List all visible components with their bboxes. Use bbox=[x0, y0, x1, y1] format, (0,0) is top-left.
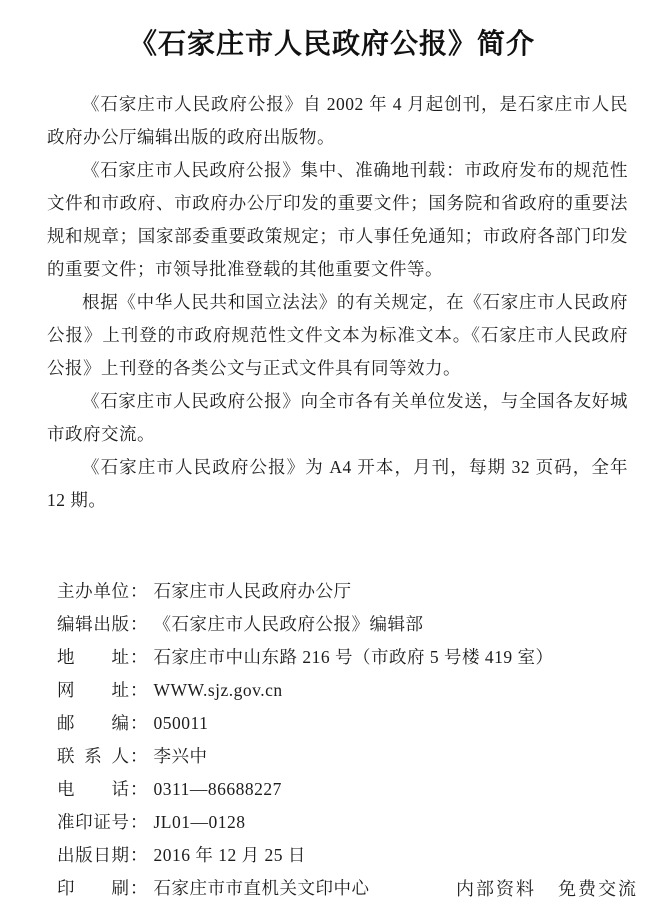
info-value: 2016 年 12 月 25 日 bbox=[154, 839, 306, 872]
info-row-permit-number: 准印证号 ： JL01—0128 bbox=[57, 806, 628, 839]
info-label: 网址 bbox=[57, 674, 129, 707]
paragraph-contents: 《石家庄市人民政府公报》集中、准确地刊载：市政府发布的规范性文件和市政府、市政府… bbox=[47, 154, 628, 286]
info-colon: ： bbox=[130, 806, 148, 839]
paragraph-legal-basis: 根据《中华人民共和国立法法》的有关规定，在《石家庄市人民政府公报》上刊登的市政府… bbox=[47, 286, 628, 385]
info-row-postcode: 邮编 ： 050011 bbox=[57, 707, 628, 740]
gazette-intro-page: 《石家庄市人民政府公报》简介 《石家庄市人民政府公报》自 2002 年 4 月起… bbox=[0, 0, 664, 919]
info-label: 主办单位 bbox=[57, 575, 129, 608]
info-colon: ： bbox=[130, 641, 148, 674]
paragraph-distribution: 《石家庄市人民政府公报》向全市各有关单位发送，与全国各友好城市政府交流。 bbox=[47, 385, 628, 451]
publication-info-list: 主办单位 ： 石家庄市人民政府办公厅 编辑出版 ： 《石家庄市人民政府公报》编辑… bbox=[57, 575, 628, 905]
info-label: 地址 bbox=[57, 641, 129, 674]
info-value: WWW.sjz.gov.cn bbox=[154, 674, 283, 707]
page-title: 《石家庄市人民政府公报》简介 bbox=[0, 0, 664, 62]
info-row-address: 地址 ： 石家庄市中山东路 216 号（市政府 5 号楼 419 室） bbox=[57, 641, 628, 674]
paragraph-format: 《石家庄市人民政府公报》为 A4 开本，月刊，每期 32 页码，全年 12 期。 bbox=[47, 451, 628, 517]
info-colon: ： bbox=[130, 740, 148, 773]
info-label: 邮编 bbox=[57, 707, 129, 740]
info-row-organizer: 主办单位 ： 石家庄市人民政府办公厅 bbox=[57, 575, 628, 608]
info-value: 石家庄市中山东路 216 号（市政府 5 号楼 419 室） bbox=[154, 641, 554, 674]
footer-internal-material: 内部资料 bbox=[456, 879, 536, 899]
info-label: 电话 bbox=[57, 773, 129, 806]
info-row-editor-publisher: 编辑出版 ： 《石家庄市人民政府公报》编辑部 bbox=[57, 608, 628, 641]
info-row-publish-date: 出版日期 ： 2016 年 12 月 25 日 bbox=[57, 839, 628, 872]
info-label: 联系人 bbox=[57, 740, 129, 773]
info-label: 准印证号 bbox=[57, 806, 129, 839]
info-colon: ： bbox=[130, 575, 148, 608]
info-value: JL01—0128 bbox=[154, 806, 246, 839]
info-row-telephone: 电话 ： 0311—86688227 bbox=[57, 773, 628, 806]
info-value: 0311—86688227 bbox=[154, 773, 282, 806]
info-label: 出版日期 bbox=[57, 839, 129, 872]
info-colon: ： bbox=[130, 872, 148, 905]
info-colon: ： bbox=[130, 773, 148, 806]
paragraph-founding: 《石家庄市人民政府公报》自 2002 年 4 月起创刊，是石家庄市人民政府办公厅… bbox=[47, 88, 628, 154]
info-colon: ： bbox=[130, 674, 148, 707]
info-label: 编辑出版 bbox=[57, 608, 129, 641]
info-value: 李兴中 bbox=[154, 740, 208, 773]
intro-body: 《石家庄市人民政府公报》自 2002 年 4 月起创刊，是石家庄市人民政府办公厅… bbox=[47, 88, 628, 517]
info-value: 050011 bbox=[154, 707, 209, 740]
info-label: 印刷 bbox=[57, 872, 129, 905]
footer-note: 内部资料免费交流 bbox=[456, 875, 638, 901]
info-colon: ： bbox=[130, 839, 148, 872]
footer-free-exchange: 免费交流 bbox=[558, 879, 638, 899]
info-row-contact-person: 联系人 ： 李兴中 bbox=[57, 740, 628, 773]
info-value: 石家庄市市直机关文印中心 bbox=[154, 872, 370, 905]
info-value: 石家庄市人民政府办公厅 bbox=[154, 575, 352, 608]
info-row-website: 网址 ： WWW.sjz.gov.cn bbox=[57, 674, 628, 707]
info-colon: ： bbox=[130, 707, 148, 740]
info-value: 《石家庄市人民政府公报》编辑部 bbox=[154, 608, 424, 641]
info-colon: ： bbox=[130, 608, 148, 641]
